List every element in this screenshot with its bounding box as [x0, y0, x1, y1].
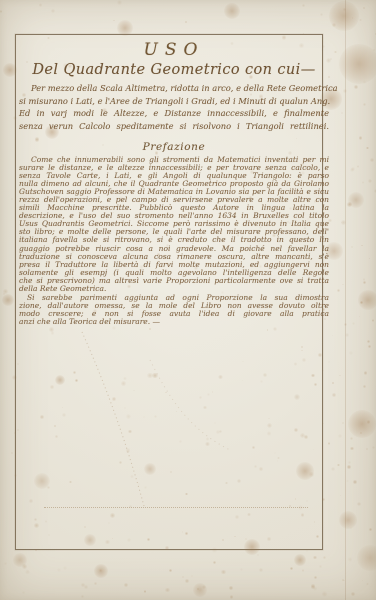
manuscript-line: anzi che alla Teorica del misurare. —: [19, 318, 329, 326]
addendum-paragraph: Si sarebbe parimenti aggiunta ad ogni Pr…: [19, 294, 329, 326]
page-title: USO: [19, 40, 329, 61]
manuscript-line: si misurano i Lati, e l'Aree de Triangol…: [19, 95, 329, 108]
faint-dotted-rule: [44, 507, 308, 508]
manuscript-line: senza verun Calcolo speditamente si riso…: [19, 120, 329, 133]
preface-paragraph: Come che innumerabili sono gli stromenti…: [19, 156, 329, 293]
text-block: USO Del Quadrante Geometrico con cui— Pe…: [19, 40, 329, 326]
intro-paragraph: Per mezzo della Scala Altimetra, ridotta…: [19, 82, 329, 132]
preface-heading: Prefazione: [19, 141, 329, 153]
page-edge-line: [345, 0, 346, 600]
manuscript-page: USO Del Quadrante Geometrico con cui— Pe…: [0, 0, 376, 600]
manuscript-line: Ed in varj modi le Altezze, e Distanze i…: [19, 107, 329, 120]
page-subtitle: Del Quadrante Geometrico con cui—: [19, 61, 329, 80]
manuscript-line: Per mezzo della Scala Altimetra, ridotta…: [19, 82, 329, 95]
manuscript-line: della Rete Geometrica.: [19, 285, 329, 293]
